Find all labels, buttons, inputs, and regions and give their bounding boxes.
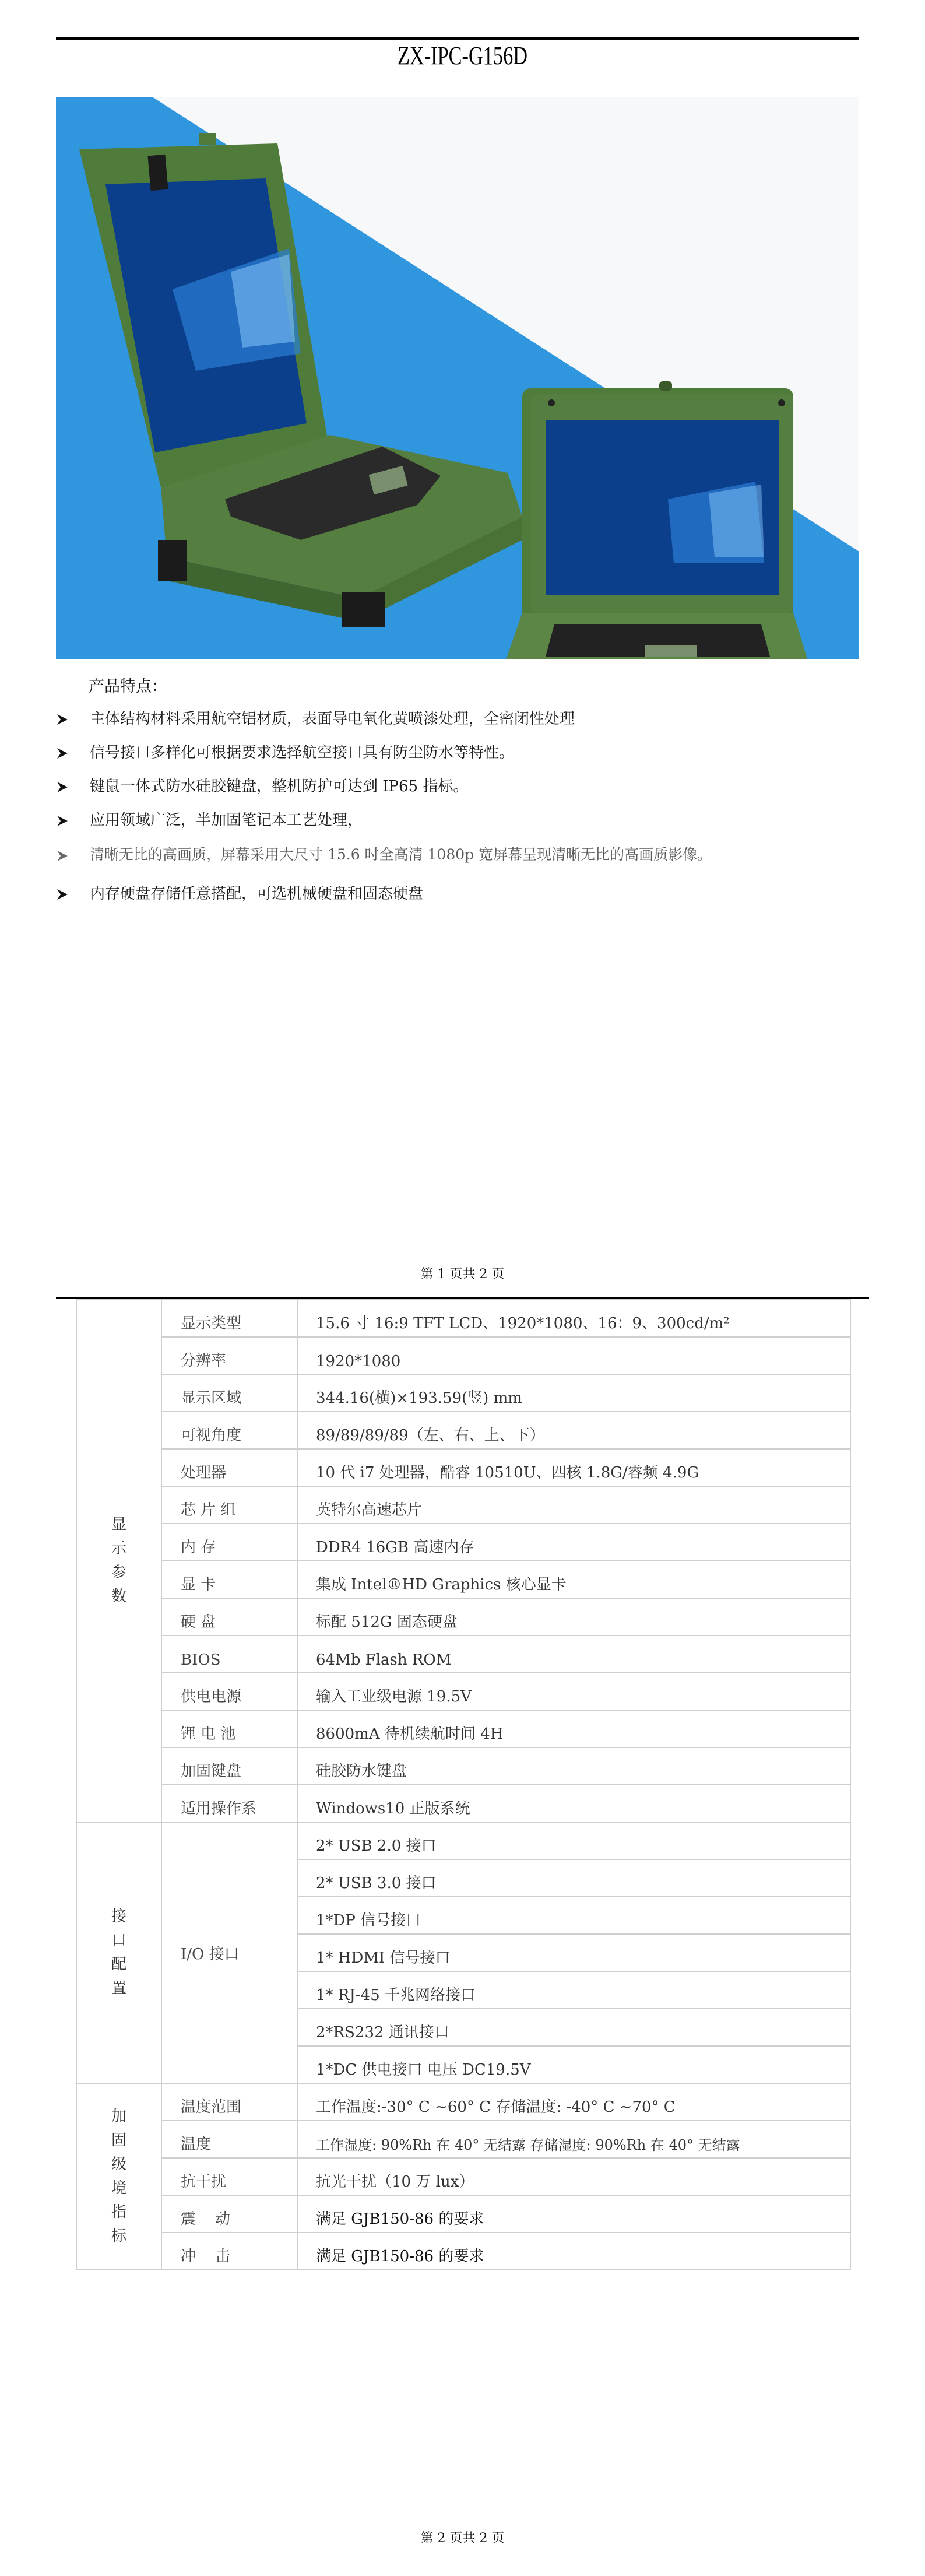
- spec-label: 芯 片 组: [161, 1486, 298, 1524]
- page2-footer-page-number: 第 2 页共 2 页: [0, 2528, 925, 2546]
- spec-label: 可视角度: [161, 1412, 298, 1449]
- table-row: 供电电源输入工业级电源 19.5V: [76, 1673, 850, 1710]
- page1-footer-page-number: 第 1 页共 2 页: [0, 1264, 925, 1282]
- spec-value: 1*DC 供电接口 电压 DC19.5V: [298, 2046, 850, 2083]
- table-row: 适用操作系Windows10 正版系统: [76, 1785, 850, 1822]
- spec-value: DDR4 16GB 高速内存: [298, 1524, 850, 1561]
- spec-table: 显 示 参 数 显示类型 15.6 寸 16:9 TFT LCD、1920*10…: [76, 1299, 851, 2270]
- arrow-bullet-icon: [56, 846, 90, 863]
- section-label-environment-specs: 加 固 级 境 指 标: [76, 2083, 161, 2270]
- spec-value: 工作温度:-30° C ~60° C 存储温度: -40° C ~70° C: [298, 2083, 850, 2121]
- spec-value: 英特尔高速芯片: [298, 1486, 850, 1524]
- spec-label: 震 动: [161, 2195, 298, 2233]
- spec-value: 1* RJ-45 千兆网络接口: [298, 1971, 850, 2009]
- arrow-bullet-icon: [56, 885, 90, 903]
- arrow-bullet-icon: [56, 710, 90, 728]
- feature-item: 应用领域广泛，半加固笔记本工艺处理，: [56, 808, 363, 830]
- table-row: 冲 击满足 GJB150-86 的要求: [76, 2233, 850, 2270]
- spec-value: 1*DP 信号接口: [298, 1897, 850, 1934]
- section-label-interface-config: 接 口 配 置: [76, 1822, 161, 2083]
- arrow-bullet-icon: [56, 744, 90, 761]
- table-row: 震 动满足 GJB150-86 的要求: [76, 2195, 850, 2233]
- spec-value: 硅胶防水键盘: [298, 1747, 850, 1785]
- spec-label: 显示区域: [161, 1374, 298, 1412]
- section-label-display-params: 显 示 参 数: [76, 1300, 161, 1822]
- table-row: 分辨率1920*1080: [76, 1337, 850, 1374]
- laptop-right-illustration: [496, 381, 817, 659]
- spec-value: 64Mb Flash ROM: [298, 1636, 850, 1673]
- spec-value: 输入工业级电源 19.5V: [298, 1673, 850, 1710]
- table-row: 温度工作湿度: 90%Rh 在 40° 无结露 存储湿度: 90%Rh 在 40…: [76, 2121, 850, 2158]
- feature-item: 清晰无比的高画质，屏幕采用大尺寸 15.6 吋全高清 1080p 宽屏幕呈现清晰…: [56, 843, 712, 864]
- spec-value: 10 代 i7 处理器，酷睿 10510U、四核 1.8G/睿频 4.9G: [298, 1449, 850, 1486]
- spec-label: 内 存: [161, 1524, 298, 1561]
- table-row: 加 固 级 境 指 标 温度范围 工作温度:-30° C ~60° C 存储温度…: [76, 2083, 850, 2121]
- spec-value: 15.6 寸 16:9 TFT LCD、1920*1080、16：9、300cd…: [298, 1300, 850, 1337]
- table-row: 接 口 配 置 I/O 接口 2* USB 2.0 接口: [76, 1822, 850, 1859]
- spec-value: Windows10 正版系统: [298, 1785, 850, 1822]
- table-row: 处理器10 代 i7 处理器，酷睿 10510U、四核 1.8G/睿频 4.9G: [76, 1449, 850, 1486]
- feature-item: 键鼠一体式防水硅胶键盘，整机防护可达到 IP65 指标。: [56, 774, 468, 796]
- table-row: 硬 盘标配 512G 固态硬盘: [76, 1598, 850, 1636]
- spec-label: BIOS: [161, 1636, 298, 1673]
- spec-value: 2* USB 3.0 接口: [298, 1859, 850, 1897]
- spec-value: 抗光干扰（10 万 lux）: [298, 2158, 850, 2195]
- table-row: BIOS64Mb Flash ROM: [76, 1636, 850, 1673]
- spec-value: 344.16(横)×193.59(竖) mm: [298, 1374, 850, 1412]
- spec-label: 加固键盘: [161, 1747, 298, 1785]
- spec-value: 标配 512G 固态硬盘: [298, 1598, 850, 1636]
- spec-label-io-ports: I/O 接口: [161, 1822, 298, 2083]
- table-row: 显示区域344.16(横)×193.59(竖) mm: [76, 1374, 850, 1412]
- product-hero-image: [56, 97, 859, 659]
- spec-label: 温度: [161, 2121, 298, 2158]
- spec-label: 适用操作系: [161, 1785, 298, 1822]
- spec-value: 89/89/89/89（左、右、上、下）: [298, 1412, 850, 1449]
- table-row: 内 存DDR4 16GB 高速内存: [76, 1524, 850, 1561]
- spec-value: 满足 GJB150-86 的要求: [298, 2195, 850, 2233]
- spec-label: 冲 击: [161, 2233, 298, 2270]
- spec-value: 集成 Intel®HD Graphics 核心显卡: [298, 1561, 850, 1598]
- spec-label: 抗干扰: [161, 2158, 298, 2195]
- features-heading: 产品特点：: [89, 673, 167, 696]
- table-row: 加固键盘硅胶防水键盘: [76, 1747, 850, 1785]
- spec-value: 满足 GJB150-86 的要求: [298, 2233, 850, 2270]
- table-row: 显 卡集成 Intel®HD Graphics 核心显卡: [76, 1561, 850, 1598]
- spec-label: 供电电源: [161, 1673, 298, 1710]
- spec-value: 2* USB 2.0 接口: [298, 1822, 850, 1859]
- feature-item: 内存硬盘存储任意搭配，可选机械硬盘和固态硬盘: [56, 882, 423, 903]
- arrow-bullet-icon: [56, 812, 90, 829]
- spec-label: 显 卡: [161, 1561, 298, 1598]
- table-row: 可视角度89/89/89/89（左、右、上、下）: [76, 1412, 850, 1449]
- page1-header-rule: [56, 37, 859, 40]
- spec-value: 2*RS232 通讯接口: [298, 2009, 850, 2046]
- spec-label: 分辨率: [161, 1337, 298, 1374]
- spec-label: 处理器: [161, 1449, 298, 1486]
- feature-item: 信号接口多样化可根据要求选择航空接口具有防尘防水等特性。: [56, 740, 514, 762]
- spec-label: 硬 盘: [161, 1598, 298, 1636]
- table-row: 显 示 参 数 显示类型 15.6 寸 16:9 TFT LCD、1920*10…: [76, 1300, 850, 1337]
- table-row: 抗干扰抗光干扰（10 万 lux）: [76, 2158, 850, 2195]
- arrow-bullet-icon: [56, 778, 90, 795]
- spec-value: 8600mA 待机续航时间 4H: [298, 1710, 850, 1747]
- spec-value: 1920*1080: [298, 1337, 850, 1374]
- spec-label: 温度范围: [161, 2083, 298, 2121]
- feature-item: 主体结构材料采用航空铝材质，表面导电氧化黄喷漆处理，全密闭性处理: [56, 707, 575, 728]
- spec-value: 1* HDMI 信号接口: [298, 1934, 850, 1971]
- spec-label: 显示类型: [161, 1300, 298, 1337]
- table-row: 芯 片 组英特尔高速芯片: [76, 1486, 850, 1524]
- spec-value: 工作湿度: 90%Rh 在 40° 无结露 存储湿度: 90%Rh 在 40° …: [298, 2121, 850, 2158]
- table-row: 锂 电 池8600mA 待机续航时间 4H: [76, 1710, 850, 1747]
- document-title: ZX-IPC-G156D: [102, 41, 824, 71]
- spec-label: 锂 电 池: [161, 1710, 298, 1747]
